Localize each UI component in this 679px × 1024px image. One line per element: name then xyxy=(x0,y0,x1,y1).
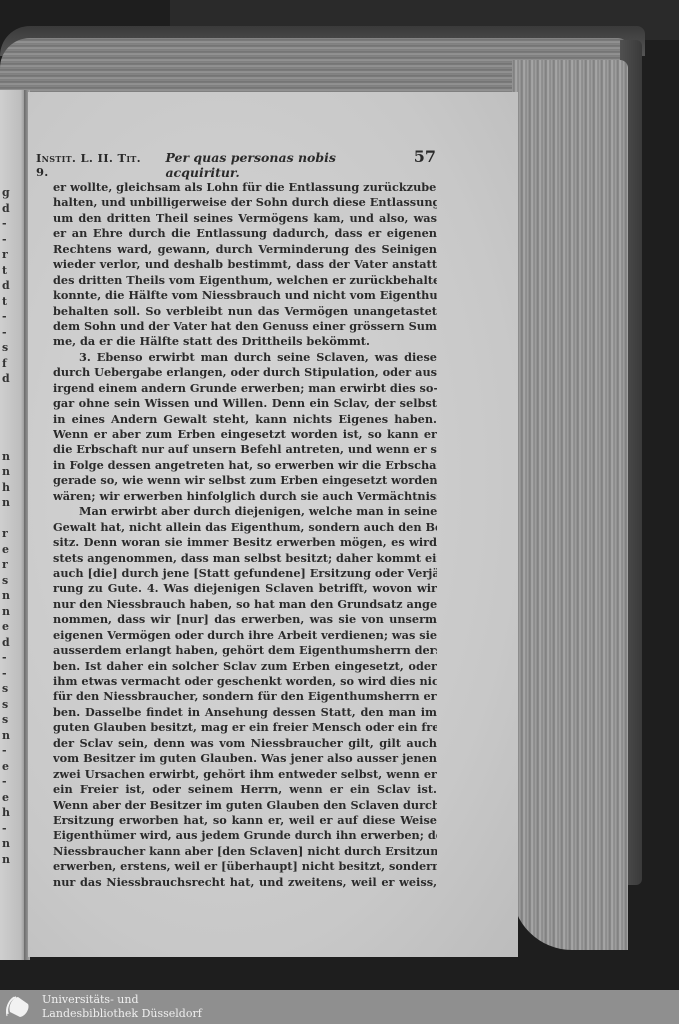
cut-letter: s xyxy=(2,340,12,356)
text-line: sitz. Denn woran sie immer Besitz erwerb… xyxy=(53,535,437,550)
page-number: 57 xyxy=(414,147,436,166)
left-page-cut-text: gd--rtdt--sfdnnhnrersnned--sssn-e-eh-nn xyxy=(2,185,12,867)
text-line: ein Freier ist, oder seinem Herrn, wenn … xyxy=(53,782,437,797)
cut-letter: n xyxy=(2,852,12,868)
cut-letter: r xyxy=(2,557,12,573)
cut-letter: n xyxy=(2,495,12,511)
cut-letter: d xyxy=(2,371,12,387)
text-line: der Sclav sein, denn was vom Niessbrauch… xyxy=(53,736,437,751)
cut-letter: t xyxy=(2,294,12,310)
text-line: halten, und unbilligerweise der Sohn dur… xyxy=(53,195,437,210)
running-head-title: Per quas personas nobis acquiritur. xyxy=(165,150,413,180)
cut-letter: - xyxy=(2,666,12,682)
text-line: er wollte, gleichsam als Lohn für die En… xyxy=(53,180,437,195)
text-line: um den dritten Theil seines Vermögens ka… xyxy=(53,211,437,226)
cut-letter: n xyxy=(2,728,12,744)
book-logo-icon xyxy=(4,992,34,1022)
page-body-text: er wollte, gleichsam als Lohn für die En… xyxy=(53,180,437,890)
text-line: Wenn er aber zum Erben eingesetzt worden… xyxy=(53,427,437,442)
cut-letter: d xyxy=(2,201,12,217)
cut-letter: n xyxy=(2,604,12,620)
cut-letter: g xyxy=(2,185,12,201)
text-line: nur den Niessbrauch haben, so hat man de… xyxy=(53,597,437,612)
text-line: eigenen Vermögen oder durch ihre Arbeit … xyxy=(53,628,437,643)
cut-letter: s xyxy=(2,681,12,697)
text-line: Ersitzung erworben hat, so kann er, weil… xyxy=(53,813,437,828)
text-line: wären; wir erwerben hinfolglich durch si… xyxy=(53,489,437,504)
text-line: Gewalt hat, nicht allein das Eigenthum, … xyxy=(53,520,437,535)
cut-letter: s xyxy=(2,697,12,713)
text-line: er an Ehre durch die Entlassung dadurch,… xyxy=(53,226,437,241)
text-line: für den Niessbraucher, sondern für den E… xyxy=(53,689,437,704)
text-line: ausserdem erlangt haben, gehört dem Eige… xyxy=(53,643,437,658)
text-line: die Erbschaft nur auf unsern Befehl antr… xyxy=(53,442,437,457)
text-line: dem Sohn und der Vater hat den Genuss ei… xyxy=(53,319,437,334)
library-footer: Universitäts- und Landesbibliothek Düsse… xyxy=(0,990,679,1024)
cut-letter: n xyxy=(2,588,12,604)
text-line: durch Uebergabe erlangen, oder durch Sti… xyxy=(53,365,437,380)
cut-letter: r xyxy=(2,526,12,542)
text-line: ben. Dasselbe findet in Ansehung dessen … xyxy=(53,705,437,720)
cut-letter: e xyxy=(2,790,12,806)
cut-letter: d xyxy=(2,635,12,651)
cut-letter xyxy=(2,418,12,434)
cut-letter xyxy=(2,402,12,418)
cut-letter: d xyxy=(2,278,12,294)
text-line: ben. Ist daher ein solcher Sclav zum Erb… xyxy=(53,659,437,674)
cut-letter: e xyxy=(2,619,12,635)
library-name-line2: Landesbibliothek Düsseldorf xyxy=(42,1007,202,1021)
cut-letter: n xyxy=(2,836,12,852)
text-line: in Folge dessen angetreten hat, so erwer… xyxy=(53,458,437,473)
text-line: rung zu Gute. 4. Was diejenigen Sclaven … xyxy=(53,581,437,596)
text-line: Man erwirbt aber durch diejenigen, welch… xyxy=(53,504,437,519)
cut-letter xyxy=(2,387,12,403)
text-line: wieder verlor, und deshalb bestimmt, das… xyxy=(53,257,437,272)
text-line: konnte, die Hälfte vom Niessbrauch und n… xyxy=(53,288,437,303)
cut-letter: - xyxy=(2,309,12,325)
text-line: me, da er die Hälfte statt des Drittheil… xyxy=(53,334,437,349)
cut-letter: - xyxy=(2,650,12,666)
text-line: Wenn aber der Besitzer im guten Glauben … xyxy=(53,798,437,813)
running-head-reference: Instit. L. II. Tit. 9. xyxy=(36,151,157,179)
text-line: Rechtens ward, gewann, durch Verminderun… xyxy=(53,242,437,257)
library-name: Universitäts- und Landesbibliothek Düsse… xyxy=(42,993,202,1021)
cut-letter: h xyxy=(2,480,12,496)
text-line: des dritten Theils vom Eigenthum, welche… xyxy=(53,273,437,288)
cut-letter: - xyxy=(2,821,12,837)
text-line: behalten soll. So verbleibt nun das Verm… xyxy=(53,304,437,319)
cut-letter: s xyxy=(2,712,12,728)
cut-letter: e xyxy=(2,759,12,775)
text-line: ihm etwas vermacht oder geschenkt worden… xyxy=(53,674,437,689)
cut-letter: f xyxy=(2,356,12,372)
text-line: nur das Niessbrauchsrecht hat, und zweit… xyxy=(53,875,437,890)
cut-letter: - xyxy=(2,325,12,341)
cut-letter: e xyxy=(2,542,12,558)
text-line: stets angenommen, dass man selbst besitz… xyxy=(53,551,437,566)
text-line: auch [die] durch jene [Statt gefundene] … xyxy=(53,566,437,581)
text-line: guten Glauben besitzt, mag er ein freier… xyxy=(53,720,437,735)
book-photo: gd--rtdt--sfdnnhnrersnned--sssn-e-eh-nn … xyxy=(0,0,679,990)
cut-letter: - xyxy=(2,232,12,248)
text-line: Niessbraucher kann aber [den Sclaven] ni… xyxy=(53,844,437,859)
text-line: nommen, dass wir [nur] das erwerben, was… xyxy=(53,612,437,627)
text-line: erwerben, erstens, weil er [überhaupt] n… xyxy=(53,859,437,874)
library-name-line1: Universitäts- und xyxy=(42,993,202,1007)
cut-letter: - xyxy=(2,743,12,759)
cut-letter: - xyxy=(2,774,12,790)
page-edges-right xyxy=(512,60,628,950)
text-line: in eines Andern Gewalt steht, kann nicht… xyxy=(53,412,437,427)
cut-letter: s xyxy=(2,573,12,589)
cut-letter xyxy=(2,433,12,449)
cut-letter: r xyxy=(2,247,12,263)
cut-letter xyxy=(2,511,12,527)
cut-letter: n xyxy=(2,449,12,465)
text-line: Eigenthümer wird, aus jedem Grunde durch… xyxy=(53,828,437,843)
cut-letter: t xyxy=(2,263,12,279)
text-line: zwei Ursachen erwirbt, gehört ihm entwed… xyxy=(53,767,437,782)
cut-letter: n xyxy=(2,464,12,480)
text-line: gar ohne sein Wissen und Willen. Denn ei… xyxy=(53,396,437,411)
text-line: irgend einem andern Grunde erwerben; man… xyxy=(53,381,437,396)
text-line: 3. Ebenso erwirbt man durch seine Sclave… xyxy=(53,350,437,365)
cut-letter: - xyxy=(2,216,12,232)
text-line: gerade so, wie wenn wir selbst zum Erben… xyxy=(53,473,437,488)
cut-letter: h xyxy=(2,805,12,821)
text-line: vom Besitzer im guten Glauben. Was jener… xyxy=(53,751,437,766)
running-head: Instit. L. II. Tit. 9. Per quas personas… xyxy=(36,147,436,167)
